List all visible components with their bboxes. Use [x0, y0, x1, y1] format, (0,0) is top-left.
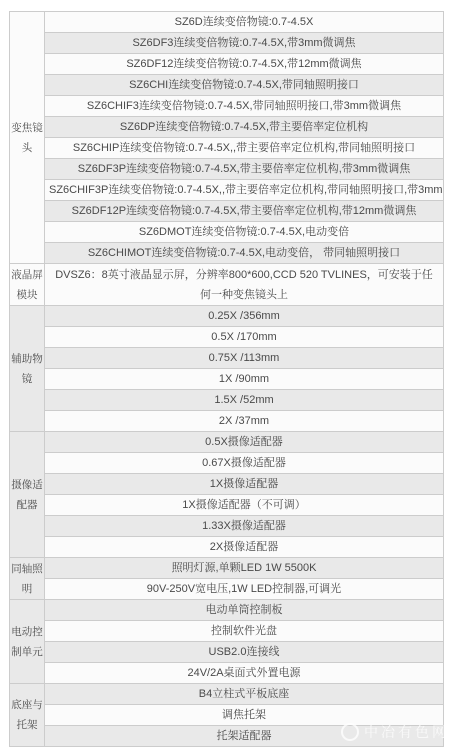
spec-value-cell: 控制软件光盘: [45, 621, 444, 642]
table-row: SZ6DP连续变倍物镜:0.7-4.5X,带主要倍率定位机构: [10, 117, 444, 138]
table-row: SZ6DF3P连续变倍物镜:0.7-4.5X,带主要倍率定位机构,带3mm微调焦: [10, 159, 444, 180]
row-group-header-aux-objective: 辅助物镜: [10, 306, 45, 432]
spec-value-cell: 1.33X摄像适配器: [45, 516, 444, 537]
table-row: 底座与托架 B4立柱式平板底座: [10, 684, 444, 705]
row-group-header-camera-adapter: 摄像适配器: [10, 432, 45, 558]
table-row: 液晶屏模块 DVSZ6：8英寸液晶显示屏，分辨率800*600,CCD 520 …: [10, 264, 444, 306]
table-row: 控制软件光盘: [10, 621, 444, 642]
spec-value-cell: USB2.0连接线: [45, 642, 444, 663]
table-row: SZ6CHIF3P连续变倍物镜:0.7-4.5X,,带主要倍率定位机构,带同轴照…: [10, 180, 444, 201]
spec-value-cell: SZ6CHI连续变倍物镜:0.7-4.5X,带同轴照明接口: [45, 75, 444, 96]
spec-value-cell: 1X /90mm: [45, 369, 444, 390]
table-row: 同轴照明 照明灯源,单颗LED 1W 5500K: [10, 558, 444, 579]
spec-value-cell: 0.25X /356mm: [45, 306, 444, 327]
table-row: 辅助物镜 0.25X /356mm: [10, 306, 444, 327]
table-row: SZ6CHIMOT连续变倍物镜:0.7-4.5X,电动变倍， 带同轴照明接口: [10, 243, 444, 264]
spec-value-cell: 2X /37mm: [45, 411, 444, 432]
table-row: 0.67X摄像适配器: [10, 453, 444, 474]
table-row: 2X摄像适配器: [10, 537, 444, 558]
spec-value-cell: 90V-250V宽电压,1W LED控制器,可调光: [45, 579, 444, 600]
table-row: SZ6CHIF3连续变倍物镜:0.7-4.5X,带同轴照明接口,带3mm微调焦: [10, 96, 444, 117]
spec-value-cell: 0.75X /113mm: [45, 348, 444, 369]
spec-value-cell: 0.5X /170mm: [45, 327, 444, 348]
spec-sheet-page: 变焦镜头 SZ6D连续变倍物镜:0.7-4.5X SZ6DF3连续变倍物镜:0.…: [0, 0, 454, 754]
row-group-header-base-bracket: 底座与托架: [10, 684, 45, 747]
table-row: 1X摄像适配器: [10, 474, 444, 495]
spec-value-cell: 1X摄像适配器（不可调）: [45, 495, 444, 516]
spec-value-cell: B4立柱式平板底座: [45, 684, 444, 705]
row-group-header-coaxial-illumination: 同轴照明: [10, 558, 45, 600]
table-row: 摄像适配器 0.5X摄像适配器: [10, 432, 444, 453]
spec-value-cell: 24V/2A桌面式外置电源: [45, 663, 444, 684]
spec-value-cell: 照明灯源,单颗LED 1W 5500K: [45, 558, 444, 579]
spec-value-cell: SZ6DP连续变倍物镜:0.7-4.5X,带主要倍率定位机构: [45, 117, 444, 138]
table-row: 电动控制单元 电动单筒控制板: [10, 600, 444, 621]
spec-value-cell: 调焦托架: [45, 705, 444, 726]
spec-value-cell: SZ6DF3P连续变倍物镜:0.7-4.5X,带主要倍率定位机构,带3mm微调焦: [45, 159, 444, 180]
row-group-header-zoom-head: 变焦镜头: [10, 12, 45, 264]
table-row: 90V-250V宽电压,1W LED控制器,可调光: [10, 579, 444, 600]
spec-value-cell: SZ6CHIF3连续变倍物镜:0.7-4.5X,带同轴照明接口,带3mm微调焦: [45, 96, 444, 117]
spec-value-cell: SZ6CHIMOT连续变倍物镜:0.7-4.5X,电动变倍， 带同轴照明接口: [45, 243, 444, 264]
table-row: 1X摄像适配器（不可调）: [10, 495, 444, 516]
table-row: 0.75X /113mm: [10, 348, 444, 369]
spec-value-cell: 电动单筒控制板: [45, 600, 444, 621]
row-group-header-lcd-module: 液晶屏模块: [10, 264, 45, 306]
spec-value-cell: 0.5X摄像适配器: [45, 432, 444, 453]
table-row: SZ6CHI连续变倍物镜:0.7-4.5X,带同轴照明接口: [10, 75, 444, 96]
table-row: 变焦镜头 SZ6D连续变倍物镜:0.7-4.5X: [10, 12, 444, 33]
table-row: 24V/2A桌面式外置电源: [10, 663, 444, 684]
table-row: SZ6DF12连续变倍物镜:0.7-4.5X,带12mm微调焦: [10, 54, 444, 75]
table-row: SZ6DMOT连续变倍物镜:0.7-4.5X,电动变倍: [10, 222, 444, 243]
spec-value-cell: SZ6DF12P连续变倍物镜:0.7-4.5X,带主要倍率定位机构,带12mm微…: [45, 201, 444, 222]
table-row: 1X /90mm: [10, 369, 444, 390]
table-row: SZ6DF12P连续变倍物镜:0.7-4.5X,带主要倍率定位机构,带12mm微…: [10, 201, 444, 222]
table-row: USB2.0连接线: [10, 642, 444, 663]
spec-value-cell: DVSZ6：8英寸液晶显示屏，分辨率800*600,CCD 520 TVLINE…: [45, 264, 444, 306]
spec-table: 变焦镜头 SZ6D连续变倍物镜:0.7-4.5X SZ6DF3连续变倍物镜:0.…: [9, 11, 444, 747]
spec-value-cell: SZ6D连续变倍物镜:0.7-4.5X: [45, 12, 444, 33]
table-row: 1.5X /52mm: [10, 390, 444, 411]
table-row: 0.5X /170mm: [10, 327, 444, 348]
spec-value-cell: SZ6DF12连续变倍物镜:0.7-4.5X,带12mm微调焦: [45, 54, 444, 75]
table-row: SZ6DF3连续变倍物镜:0.7-4.5X,带3mm微调焦: [10, 33, 444, 54]
table-row: SZ6CHIP连续变倍物镜:0.7-4.5X,,带主要倍率定位机构,带同轴照明接…: [10, 138, 444, 159]
spec-value-cell: SZ6DF3连续变倍物镜:0.7-4.5X,带3mm微调焦: [45, 33, 444, 54]
row-group-header-motor-control-unit: 电动控制单元: [10, 600, 45, 684]
spec-value-cell: 1X摄像适配器: [45, 474, 444, 495]
table-row: 托架适配器: [10, 726, 444, 747]
spec-value-cell: 托架适配器: [45, 726, 444, 747]
spec-value-cell: SZ6CHIF3P连续变倍物镜:0.7-4.5X,,带主要倍率定位机构,带同轴照…: [45, 180, 444, 201]
spec-value-cell: 1.5X /52mm: [45, 390, 444, 411]
table-row: 1.33X摄像适配器: [10, 516, 444, 537]
spec-value-cell: 2X摄像适配器: [45, 537, 444, 558]
table-row: 2X /37mm: [10, 411, 444, 432]
table-row: 调焦托架: [10, 705, 444, 726]
spec-value-cell: SZ6DMOT连续变倍物镜:0.7-4.5X,电动变倍: [45, 222, 444, 243]
spec-value-cell: 0.67X摄像适配器: [45, 453, 444, 474]
spec-value-cell: SZ6CHIP连续变倍物镜:0.7-4.5X,,带主要倍率定位机构,带同轴照明接…: [45, 138, 444, 159]
